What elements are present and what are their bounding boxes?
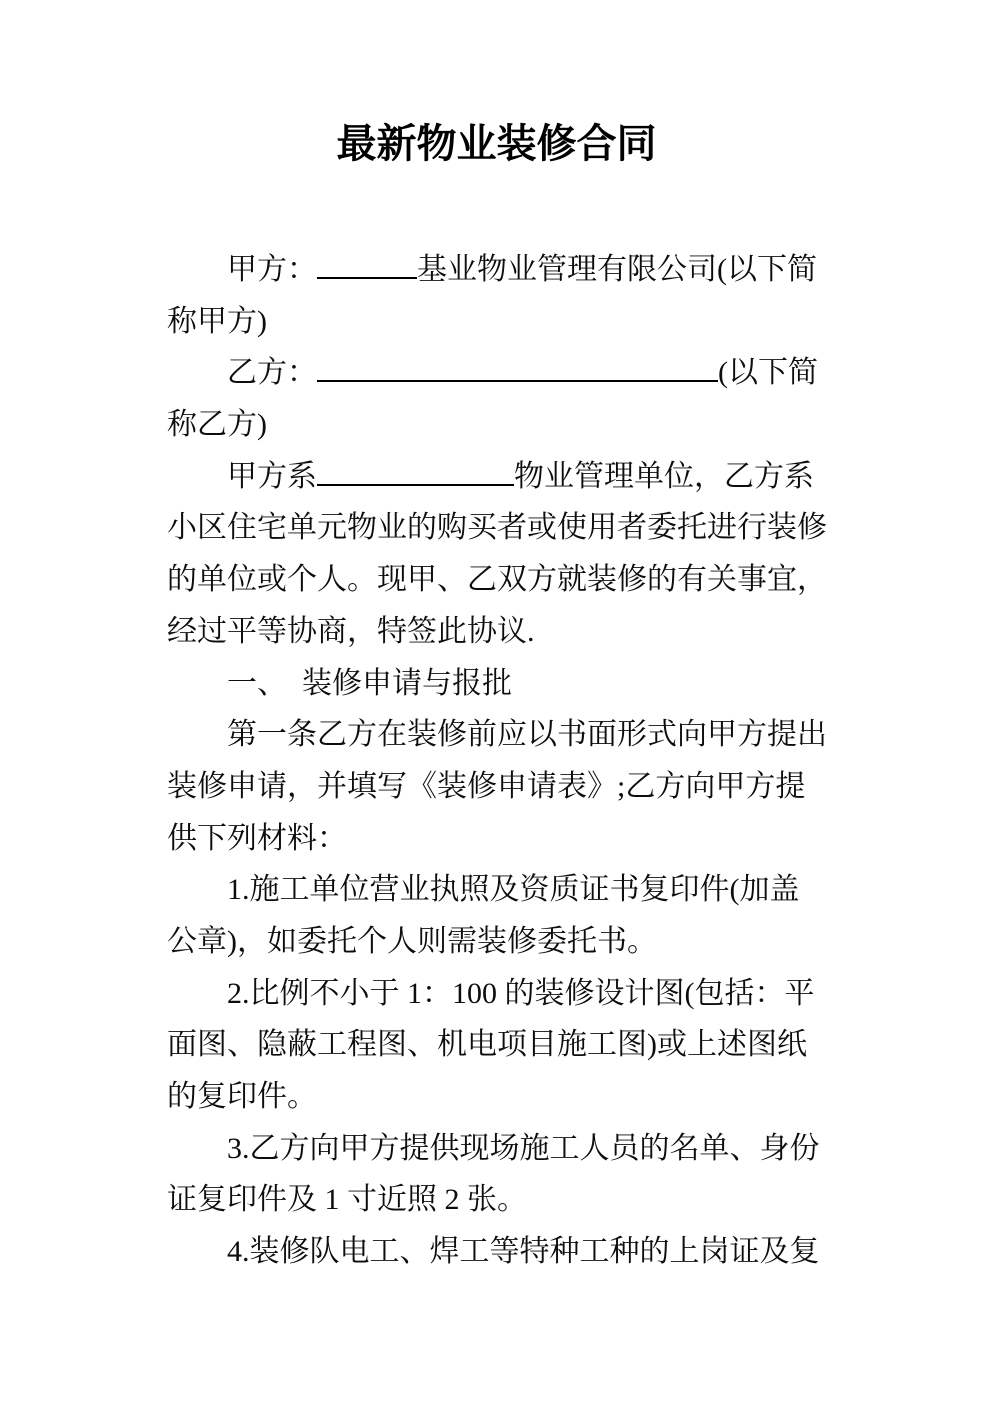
text-segment: 1.施工单位营业执照及资质证书复印件(加盖 bbox=[227, 873, 800, 906]
text-line: 乙方：(以下简 bbox=[167, 347, 867, 399]
text-segment: 小区住宅单元物业的购买者或使用者委托进行装修 bbox=[167, 511, 827, 544]
text-segment: 甲方系 bbox=[227, 460, 317, 493]
text-line: 一、 装修申请与报批 bbox=[167, 658, 867, 710]
text-segment: 第一条乙方在装修前应以书面形式向甲方提出 bbox=[227, 718, 827, 751]
text-line: 公章)，如委托个人则需装修委托书。 bbox=[167, 916, 867, 968]
text-segment: 2.比例不小于 1：100 的装修设计图(包括：平 bbox=[227, 977, 815, 1010]
text-segment: 面图、隐蔽工程图、机电项目施工图)或上述图纸 bbox=[167, 1028, 807, 1061]
text-segment: 证复印件及 1 寸近照 2 张。 bbox=[167, 1183, 527, 1216]
text-line: 2.比例不小于 1：100 的装修设计图(包括：平 bbox=[167, 968, 867, 1020]
text-line: 称乙方) bbox=[167, 399, 867, 451]
text-segment: 的单位或个人。现甲、乙双方就装修的有关事宜， bbox=[167, 563, 827, 596]
text-line: 供下列材料： bbox=[167, 813, 867, 865]
text-segment: 4.装修队电工、焊工等特种工种的上岗证及复 bbox=[227, 1235, 820, 1268]
text-line: 装修申请，并填写《装修申请表》;乙方向甲方提 bbox=[167, 761, 867, 813]
text-segment: 公章)，如委托个人则需装修委托书。 bbox=[167, 925, 657, 958]
text-line: 小区住宅单元物业的购买者或使用者委托进行装修 bbox=[167, 502, 867, 554]
text-line: 证复印件及 1 寸近照 2 张。 bbox=[167, 1174, 867, 1226]
fill-in-blank-underline bbox=[317, 352, 718, 383]
text-line: 1.施工单位营业执照及资质证书复印件(加盖 bbox=[167, 864, 867, 916]
text-segment: 基业物业管理有限公司(以下简 bbox=[417, 253, 817, 286]
text-line: 4.装修队电工、焊工等特种工种的上岗证及复 bbox=[167, 1226, 867, 1278]
text-segment: 3.乙方向甲方提供现场施工人员的名单、身份 bbox=[227, 1132, 820, 1165]
fill-in-blank-underline bbox=[317, 455, 514, 486]
text-segment: 甲方： bbox=[227, 253, 317, 286]
text-line: 甲方：基业物业管理有限公司(以下简 bbox=[167, 244, 867, 296]
text-line: 的复印件。 bbox=[167, 1071, 867, 1123]
text-line: 的单位或个人。现甲、乙双方就装修的有关事宜， bbox=[167, 554, 867, 606]
document-title: 最新物业装修合同 bbox=[0, 120, 993, 168]
text-line: 面图、隐蔽工程图、机电项目施工图)或上述图纸 bbox=[167, 1019, 867, 1071]
document-page: 最新物业装修合同 甲方：基业物业管理有限公司(以下简称甲方)乙方：(以下简称乙方… bbox=[0, 0, 993, 1404]
text-segment: 经过平等协商，特签此协议. bbox=[167, 615, 535, 648]
text-line: 3.乙方向甲方提供现场施工人员的名单、身份 bbox=[167, 1123, 867, 1175]
text-line: 甲方系物业管理单位，乙方系 bbox=[167, 451, 867, 503]
document-body: 甲方：基业物业管理有限公司(以下简称甲方)乙方：(以下简称乙方)甲方系物业管理单… bbox=[167, 244, 867, 1278]
text-segment: 一、 装修申请与报批 bbox=[227, 667, 512, 700]
text-segment: 称乙方) bbox=[167, 408, 267, 441]
text-segment: 物业管理单位，乙方系 bbox=[514, 460, 814, 493]
text-line: 称甲方) bbox=[167, 296, 867, 348]
text-line: 第一条乙方在装修前应以书面形式向甲方提出 bbox=[167, 709, 867, 761]
text-segment: 的复印件。 bbox=[167, 1080, 317, 1113]
text-segment: 乙方： bbox=[227, 356, 317, 389]
text-segment: 装修申请，并填写《装修申请表》;乙方向甲方提 bbox=[167, 770, 805, 803]
text-line: 经过平等协商，特签此协议. bbox=[167, 606, 867, 658]
text-segment: 供下列材料： bbox=[167, 822, 347, 855]
text-segment: (以下简 bbox=[718, 356, 818, 389]
fill-in-blank-underline bbox=[317, 249, 417, 280]
text-segment: 称甲方) bbox=[167, 305, 267, 338]
